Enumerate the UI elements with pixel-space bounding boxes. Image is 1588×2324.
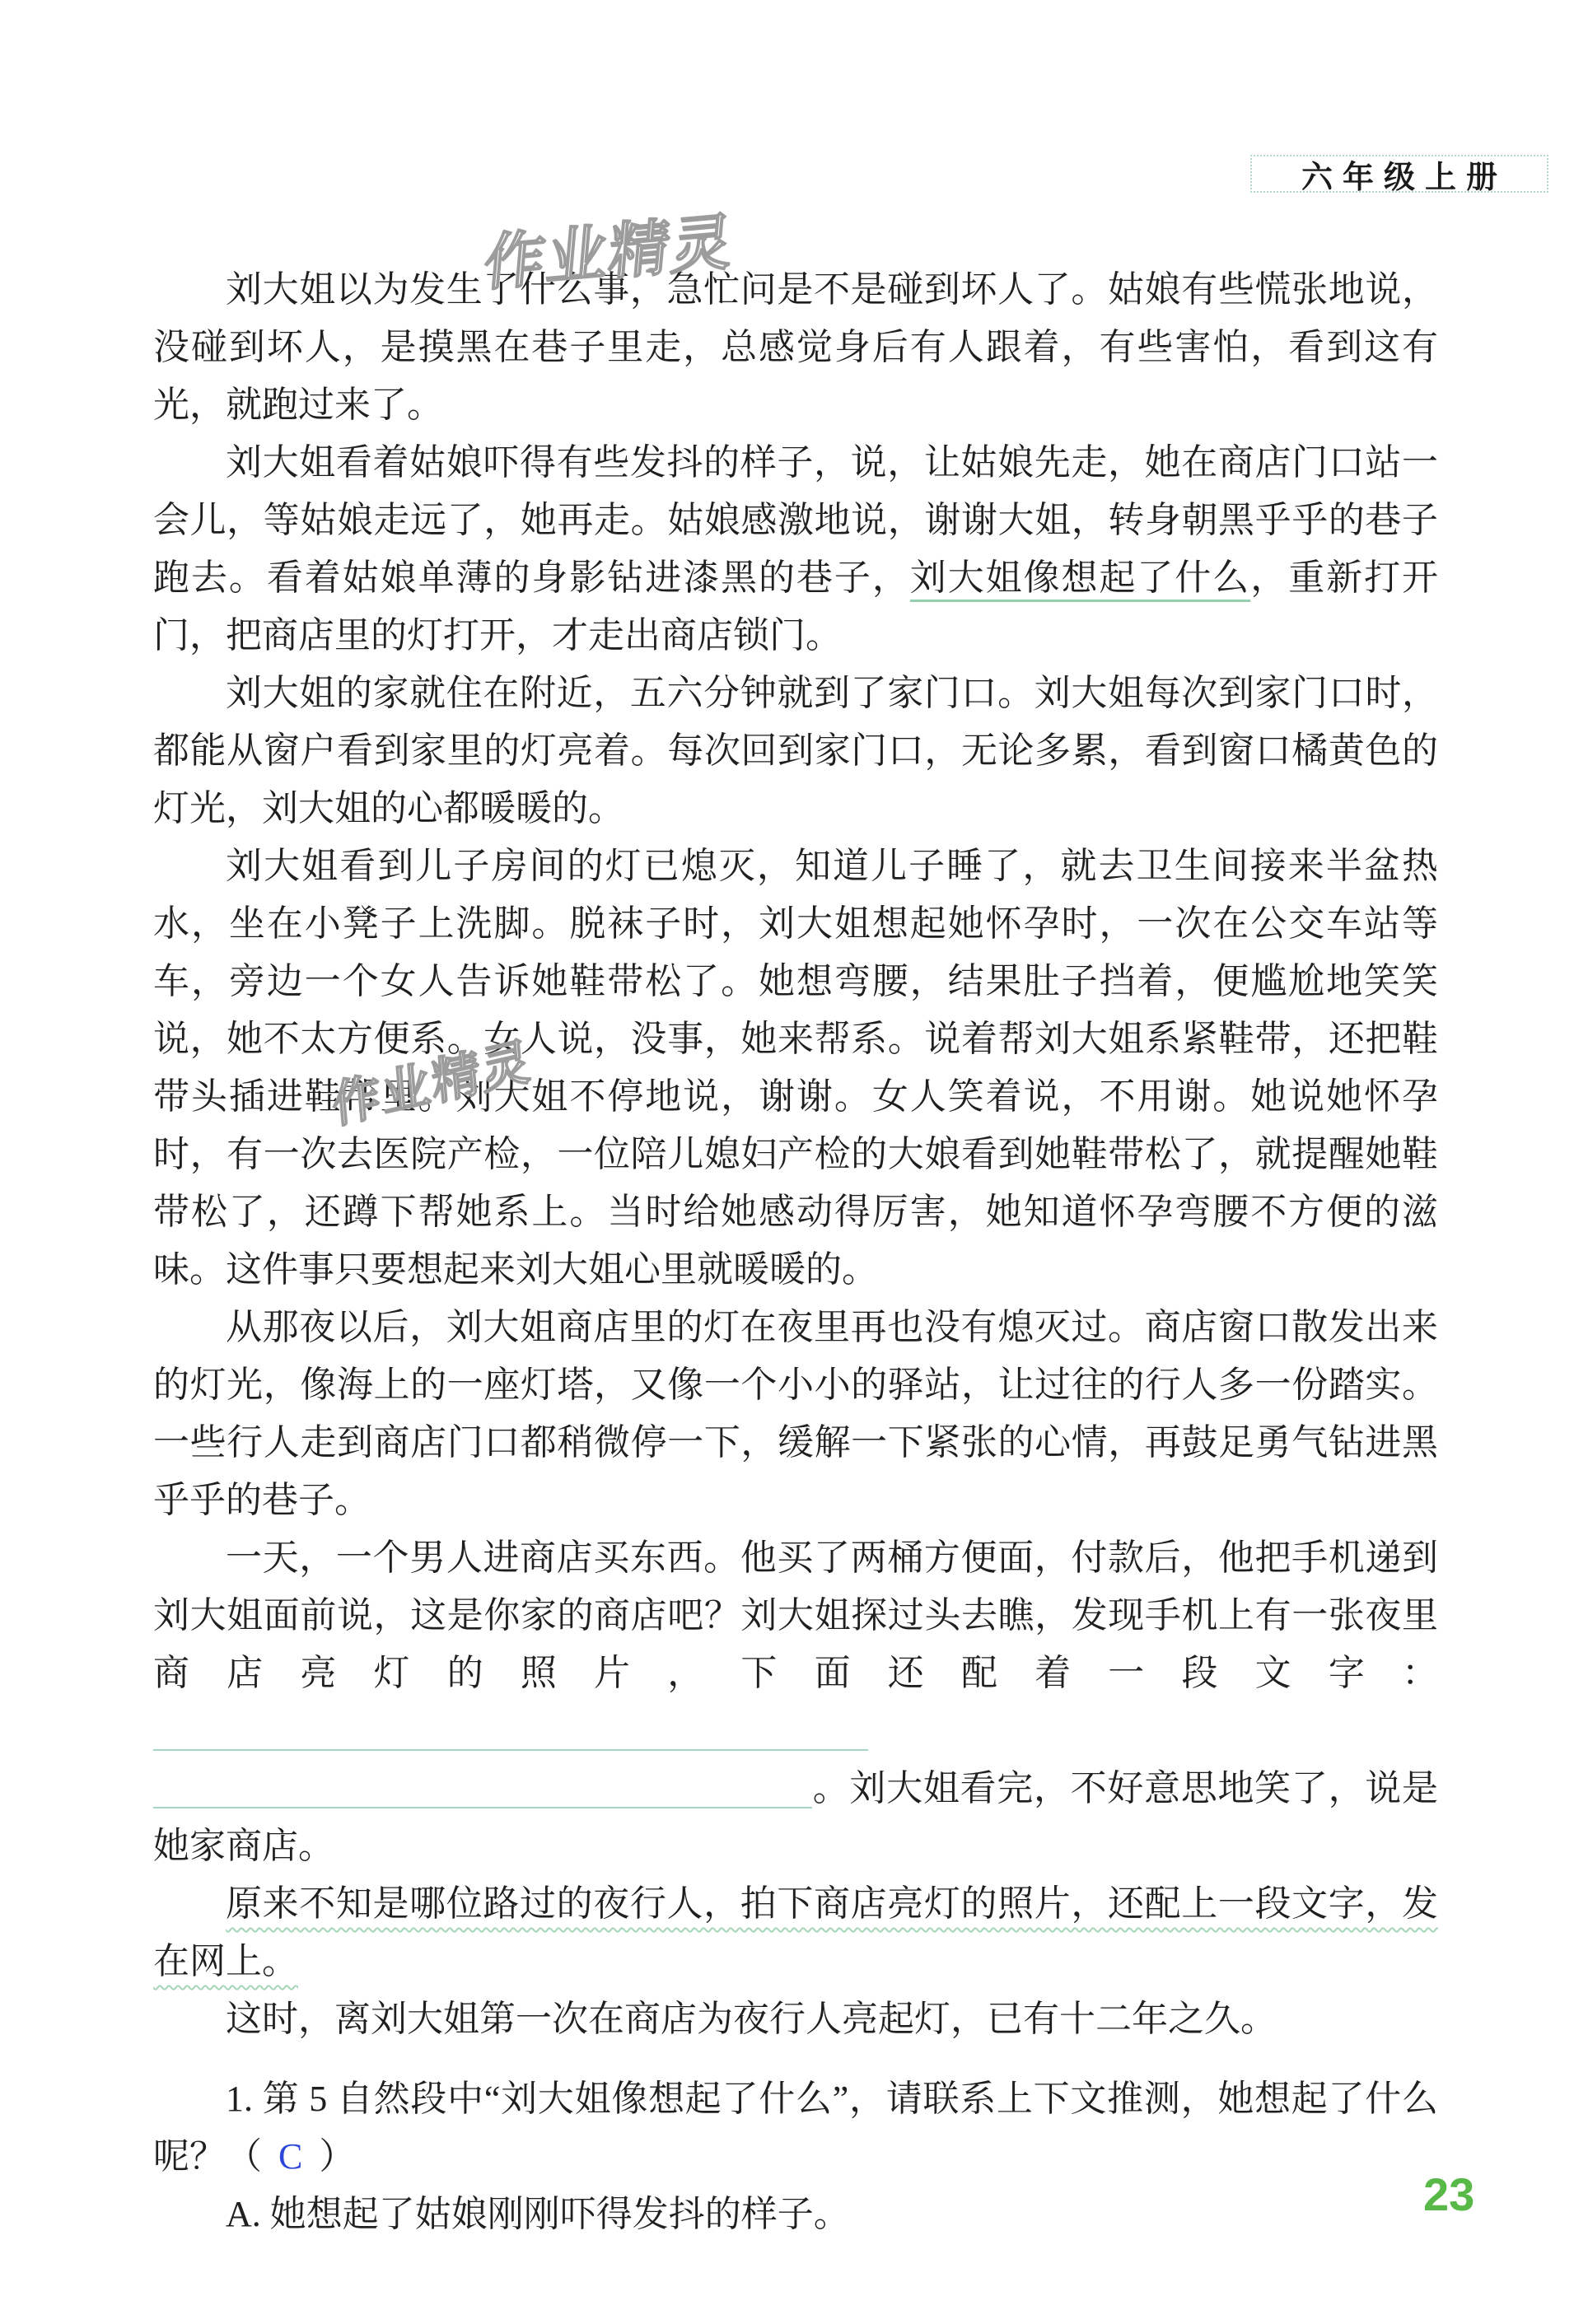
passage-paragraph-1: 刘大姐以为发生了什么事，急忙问是不是碰到坏人了。姑娘有些慌张地说，没碰到坏人，是… [153,261,1438,434]
passage-paragraph-2: 刘大姐看着姑娘吓得有些发抖的样子，说，让姑娘先走，她在商店门口站一会儿，等姑娘走… [153,434,1438,665]
passage-paragraph-5: 从那夜以后，刘大姐商店里的灯在夜里再也没有熄灭过。商店窗口散发出来的灯光，像海上… [153,1299,1438,1529]
passage-paragraph-7: 原来不知是哪位路过的夜行人，拍下商店亮灯的照片，还配上一段文字，发在网上。 [153,1875,1438,1990]
wavy-underlined-sentence: 原来不知是哪位路过的夜行人，拍下商店亮灯的照片，还配上一段文字，发在网上。 [153,1883,1438,1981]
question-1-close-paren: ） [319,2136,355,2177]
underlined-phrase: 刘大姐像想起了什么 [910,558,1250,598]
question-1: 1. 第 5 自然段中“刘大姐像想起了什么”，请联系上下文推测，她想起了什么呢？… [153,2070,1438,2186]
passage-paragraph-3: 刘大姐的家就住在附近，五六分钟就到了家门口。刘大姐每次到家门口时，都能从窗户看到… [153,665,1438,838]
workbook-page: 六年级上册 作业精灵 作业精灵 刘大姐以为发生了什么事，急忙问是不是碰到坏人了。… [0,0,1588,2324]
passage-paragraph-8: 这时，离刘大姐第一次在商店为夜行人亮起灯，已有十二年之久。 [153,1990,1438,2048]
fill-in-blank-line-1 [153,1706,868,1751]
fill-in-blank-line-2 [153,1764,812,1808]
header-booklet-box: 六年级上册 [1250,155,1548,193]
paragraph-6-before: 一天，一个男人进商店买东西。他买了两桶方便面，付款后，他把手机递到刘大姐面前说，… [153,1538,1438,1693]
answer-choice-letter: C [262,2136,319,2177]
question-section: 1. 第 5 自然段中“刘大姐像想起了什么”，请联系上下文推测，她想起了什么呢？… [153,2070,1438,2243]
header-booklet-label: 六年级上册 [1301,152,1507,197]
passage-paragraph-6: 一天，一个男人进商店买东西。他买了两桶方便面，付款后，他把手机递到刘大姐面前说，… [153,1529,1438,1875]
question-1-option-a: A. 她想起了姑娘刚刚吓得发抖的样子。 [153,2186,1438,2243]
reading-passage: 刘大姐以为发生了什么事，急忙问是不是碰到坏人了。姑娘有些慌张地说，没碰到坏人，是… [153,261,1438,2243]
